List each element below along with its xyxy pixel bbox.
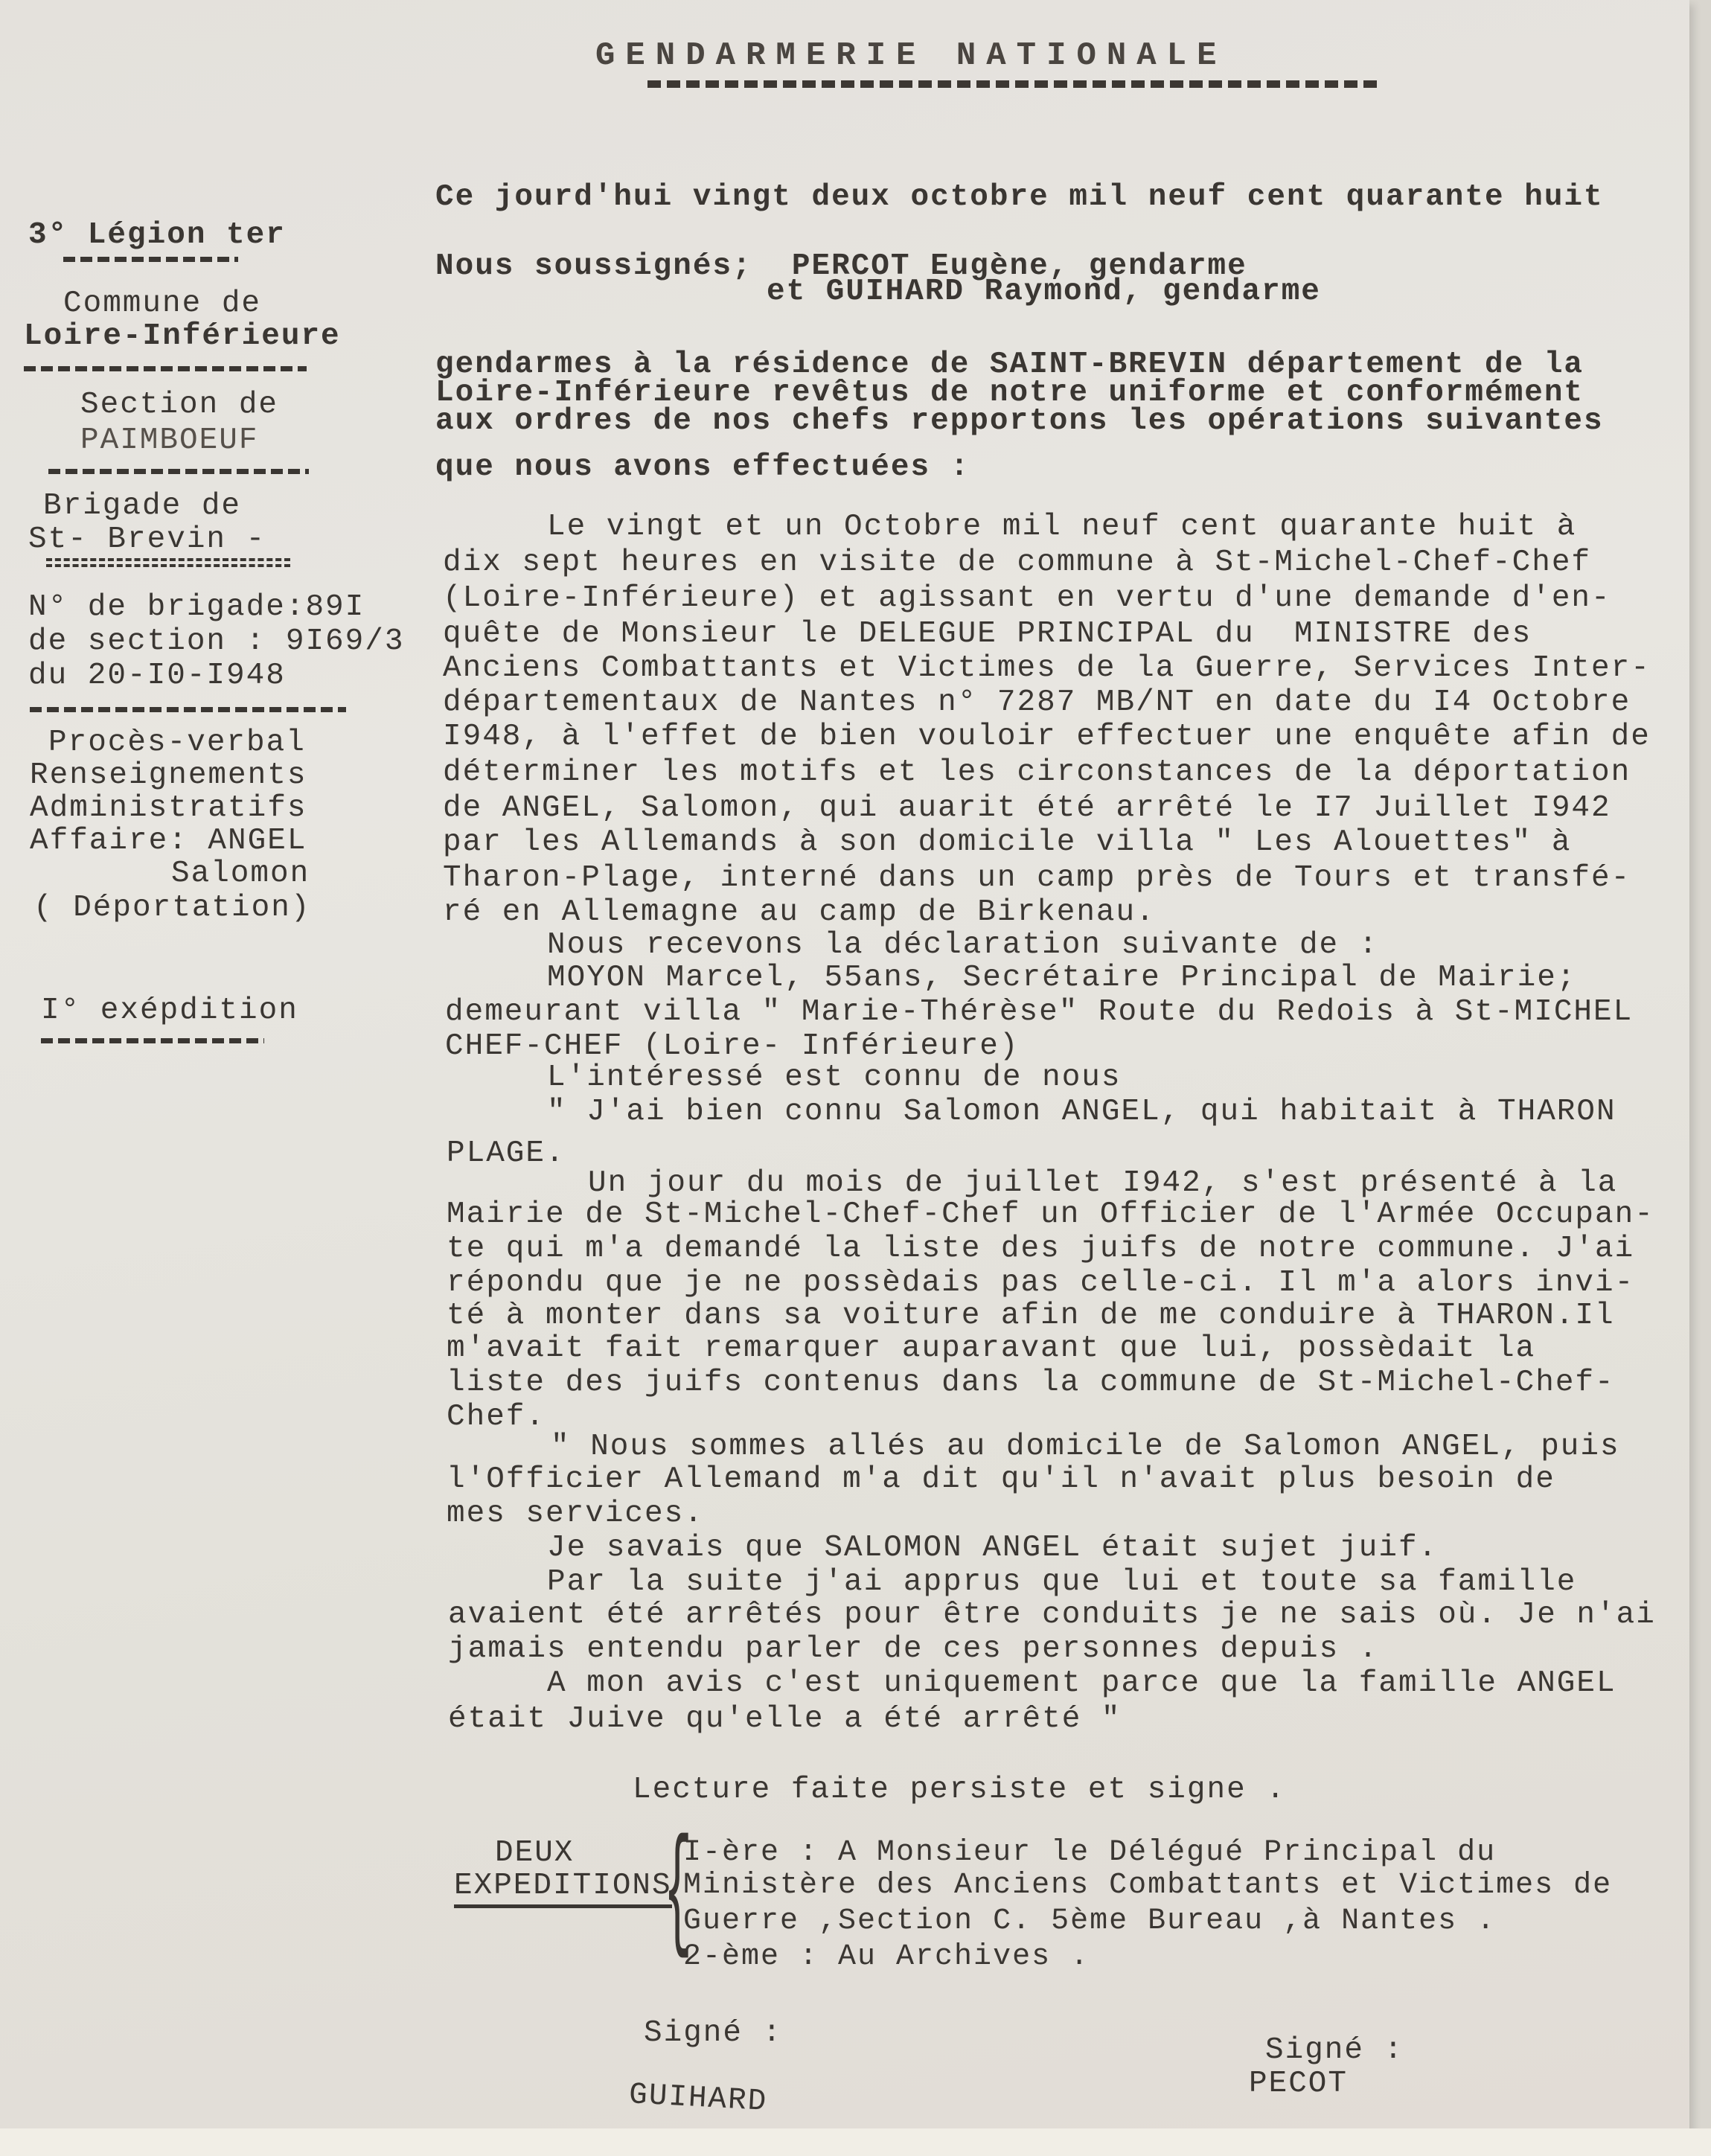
body-line: Le vingt et un Octobre mil neuf cent qua… bbox=[547, 512, 1576, 543]
body-line: PLAGE. bbox=[447, 1139, 566, 1169]
body-line: ré en Allemagne au camp de Birkenau. bbox=[443, 898, 1156, 928]
brigade-value: St- Brevin - bbox=[28, 525, 266, 555]
reference-date: du 20-I0-I948 bbox=[28, 661, 286, 691]
divider bbox=[30, 707, 346, 712]
expedition-line: Ministère des Anciens Combattants et Vic… bbox=[683, 1871, 1612, 1901]
expeditions-count: DEUX bbox=[495, 1838, 574, 1869]
body-line: dix sept heures en visite de commune à S… bbox=[443, 548, 1591, 578]
body-line: MOYON Marcel, 55ans, Secrétaire Principa… bbox=[547, 963, 1576, 994]
body-line: Mairie de St-Michel-Chef-Chef un Officie… bbox=[447, 1200, 1654, 1230]
body-line: jamais entendu parler de ces personnes d… bbox=[448, 1634, 1378, 1665]
divider bbox=[48, 469, 309, 474]
body-line: répondu que je ne possèdais pas celle-ci… bbox=[447, 1268, 1634, 1299]
body-line: était Juive qu'elle a été arrêté " bbox=[448, 1704, 1122, 1735]
expedition-line: Guerre ,Section C. 5ème Bureau ,à Nantes… bbox=[683, 1907, 1496, 1936]
divider bbox=[24, 366, 307, 371]
signature-label-right: Signé : bbox=[1265, 2035, 1404, 2066]
case-firstname: Salomon bbox=[171, 859, 310, 889]
body-line: " Nous sommes allés au domicile de Salom… bbox=[551, 1432, 1620, 1462]
body-line: Par la suite j'ai apprus que lui et tout… bbox=[547, 1567, 1576, 1598]
body-line: m'avait fait remarquer auparavant que lu… bbox=[447, 1334, 1535, 1364]
intro-line: aux ordres de nos chefs repportons les o… bbox=[435, 406, 1604, 437]
section-label: Section de bbox=[80, 390, 278, 420]
legion-label: 3° Légion ter bbox=[28, 220, 286, 251]
body-line: de ANGEL, Salomon, qui auarit été arrêté… bbox=[443, 793, 1611, 824]
body-line: I948, à l'effet de bien vouloir effectue… bbox=[443, 722, 1651, 752]
expedition-line: I-ère : A Monsieur le Délégué Principal … bbox=[683, 1838, 1496, 1868]
document-page: GENDARMERIE NATIONALE 3° Légion ter Comm… bbox=[0, 0, 1689, 2136]
body-line: L'intéressé est connu de nous bbox=[547, 1063, 1122, 1093]
body-line: Chef. bbox=[447, 1402, 546, 1433]
signatory-line: et GUIHARD Raymond, gendarme bbox=[767, 277, 1321, 307]
page-bottom-edge bbox=[0, 2128, 1711, 2156]
body-line: par les Allemands à son domicile villa "… bbox=[443, 828, 1571, 858]
body-line: l'Officier Allemand m'a dit qu'il n'avai… bbox=[447, 1465, 1555, 1495]
commune-value: Loire-Inférieure bbox=[24, 322, 341, 352]
pv-line: Administratifs bbox=[30, 793, 307, 824]
expeditions-label: EXPEDITIONS bbox=[454, 1871, 672, 1908]
body-line: CHEF-CHEF (Loire- Inférieure) bbox=[445, 1031, 1020, 1062]
divider bbox=[41, 1038, 264, 1043]
body-line: déterminer les motifs et les circonstanc… bbox=[443, 758, 1631, 788]
closing-line: Lecture faite persiste et signe . bbox=[633, 1775, 1286, 1805]
date-line: Ce jourd'hui vingt deux octobre mil neuf… bbox=[435, 182, 1604, 213]
signature-label-left: Signé : bbox=[644, 2018, 782, 2049]
body-line: (Loire-Inférieure) et agissant en vertu … bbox=[443, 583, 1611, 614]
brigade-number: N° de brigade:89I bbox=[28, 592, 365, 623]
case-name: Affaire: ANGEL bbox=[30, 826, 307, 857]
body-line: Un jour du mois de juillet I942, s'est p… bbox=[588, 1168, 1617, 1199]
commune-label: Commune de bbox=[63, 289, 261, 319]
signature-name-right: PECOT bbox=[1249, 2069, 1348, 2099]
body-line: te qui m'a demandé la liste des juifs de… bbox=[447, 1234, 1634, 1264]
case-type: ( Déportation) bbox=[33, 893, 310, 924]
body-line: avaient été arrêtés pour être conduits j… bbox=[448, 1600, 1656, 1631]
body-line: Je savais que SALOMON ANGEL était sujet … bbox=[547, 1533, 1438, 1564]
body-line: té à monter dans sa voiture afin de me c… bbox=[447, 1301, 1615, 1331]
body-line: Anciens Combattants et Victimes de la Gu… bbox=[443, 653, 1651, 684]
brigade-label: Brigade de bbox=[43, 491, 241, 522]
expedition-line: 2-ème : Au Archives . bbox=[683, 1942, 1090, 1972]
header-underline bbox=[647, 80, 1381, 88]
section-value: PAIMBOEUF bbox=[80, 426, 258, 456]
pv-line: Renseignements bbox=[30, 761, 307, 791]
divider bbox=[63, 257, 238, 262]
section-number: de section : 9I69/3 bbox=[28, 627, 404, 657]
body-line: demeurant villa " Marie-Thérèse" Route d… bbox=[445, 997, 1633, 1028]
signature-name-left: GUIHARD bbox=[628, 2080, 768, 2118]
expedition-number: I° exépdition bbox=[41, 996, 298, 1026]
body-line: mes services. bbox=[447, 1499, 704, 1529]
body-line: A mon avis c'est uniquement parce que la… bbox=[547, 1669, 1616, 1699]
body-line: " J'ai bien connu Salomon ANGEL, qui hab… bbox=[547, 1097, 1616, 1127]
body-line: départementaux de Nantes n° 7287 MB/NT e… bbox=[443, 688, 1631, 718]
body-line: Nous recevons la déclaration suivante de… bbox=[547, 930, 1378, 961]
body-line: quête de Monsieur le DELEGUE PRINCIPAL d… bbox=[443, 619, 1532, 650]
body-line: Tharon-Plage, interné dans un camp près … bbox=[443, 863, 1631, 894]
body-line: liste des juifs contenus dans la commune… bbox=[447, 1368, 1615, 1398]
document-header-title: GENDARMERIE NATIONALE bbox=[595, 37, 1227, 74]
intro-line: que nous avons effectuées : bbox=[435, 452, 970, 483]
divider-double bbox=[46, 558, 290, 567]
pv-line: Procès-verbal bbox=[48, 728, 306, 758]
